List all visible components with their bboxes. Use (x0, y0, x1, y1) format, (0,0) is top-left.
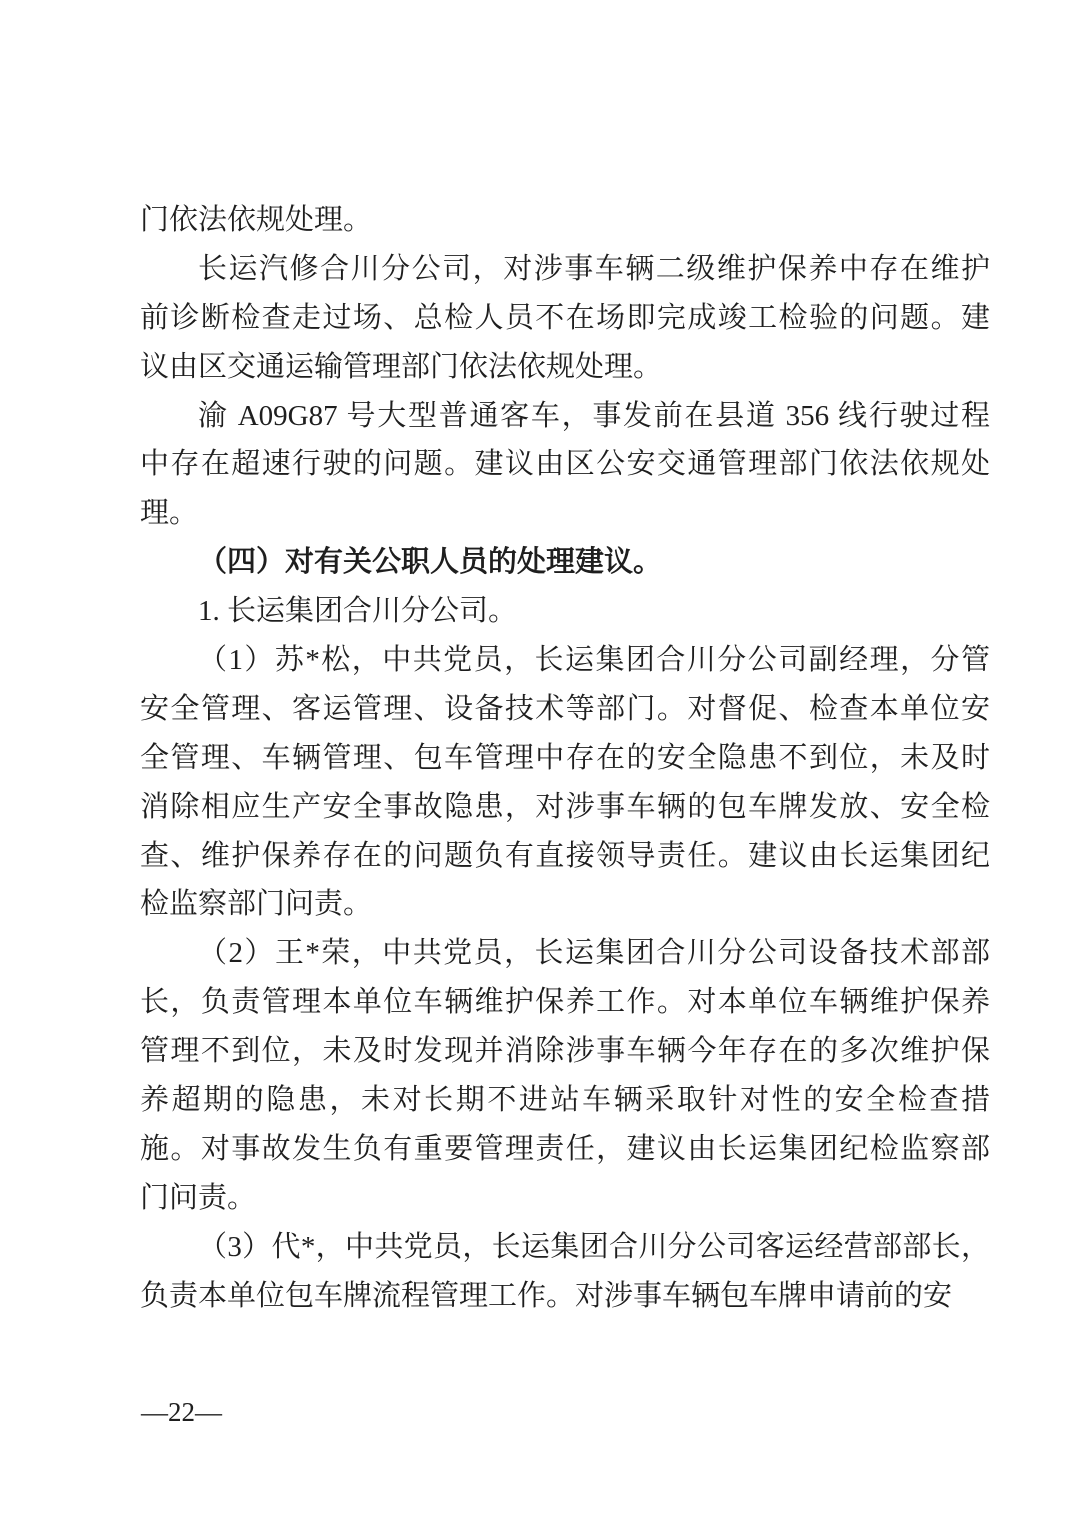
text-line: （2）王*荣，中共党员，长运集团合川分公司设备技术部部 (140, 929, 990, 978)
text-line: 渝 A09G87 号大型普通客车，事发前在县道 356 线行驶过程 (140, 392, 990, 441)
paragraph: （2）王*荣，中共党员，长运集团合川分公司设备技术部部长，负责管理本单位车辆维护… (140, 929, 990, 1222)
text-line: （四）对有关公职人员的处理建议。 (140, 538, 990, 587)
paragraph: （1）苏*松，中共党员，长运集团合川分公司副经理，分管安全管理、客运管理、设备技… (140, 636, 990, 929)
text-line: 门依法依规处理。 (140, 196, 990, 245)
paragraph: 门依法依规处理。 (140, 196, 990, 245)
paragraph: 渝 A09G87 号大型普通客车，事发前在县道 356 线行驶过程中存在超速行驶… (140, 392, 990, 539)
text-line: 施。对事故发生负有重要管理责任，建议由长运集团纪检监察部 (140, 1125, 990, 1174)
paragraph: （3）代*，中共党员，长运集团合川分公司客运经营部部长，负责本单位包车牌流程管理… (140, 1223, 990, 1321)
page-footer: —22— (141, 1396, 222, 1428)
text-line: 议由区交通运输管理部门依法依规处理。 (140, 343, 990, 392)
document-body: 门依法依规处理。长运汽修合川分公司，对涉事车辆二级维护保养中存在维护前诊断检查走… (140, 196, 990, 1320)
text-line: 理。 (140, 489, 990, 538)
text-line: 养超期的隐患，未对长期不进站车辆采取针对性的安全检查措 (140, 1076, 990, 1125)
text-line: 安全管理、客运管理、设备技术等部门。对督促、检查本单位安 (140, 685, 990, 734)
section-heading: （四）对有关公职人员的处理建议。 (140, 538, 990, 587)
text-line: 前诊断检查走过场、总检人员不在场即完成竣工检验的问题。建 (140, 294, 990, 343)
text-line: （3）代*，中共党员，长运集团合川分公司客运经营部部长， (140, 1223, 990, 1272)
text-line: 检监察部门问责。 (140, 880, 990, 929)
document-page: 门依法依规处理。长运汽修合川分公司，对涉事车辆二级维护保养中存在维护前诊断检查走… (0, 0, 1074, 1520)
text-line: 1. 长运集团合川分公司。 (140, 587, 990, 636)
paragraph: 长运汽修合川分公司，对涉事车辆二级维护保养中存在维护前诊断检查走过场、总检人员不… (140, 245, 990, 392)
text-line: 长，负责管理本单位车辆维护保养工作。对本单位车辆维护保养 (140, 978, 990, 1027)
page-number: —22— (141, 1397, 222, 1427)
text-line: 长运汽修合川分公司，对涉事车辆二级维护保养中存在维护 (140, 245, 990, 294)
text-line: 负责本单位包车牌流程管理工作。对涉事车辆包车牌申请前的安 (140, 1272, 990, 1321)
text-line: 管理不到位，未及时发现并消除涉事车辆今年存在的多次维护保 (140, 1027, 990, 1076)
text-line: （1）苏*松，中共党员，长运集团合川分公司副经理，分管 (140, 636, 990, 685)
text-line: 门问责。 (140, 1174, 990, 1223)
text-line: 消除相应生产安全事故隐患，对涉事车辆的包车牌发放、安全检 (140, 783, 990, 832)
text-line: 全管理、车辆管理、包车管理中存在的安全隐患不到位，未及时 (140, 734, 990, 783)
text-line: 查、维护保养存在的问题负有直接领导责任。建议由长运集团纪 (140, 832, 990, 881)
paragraph: 1. 长运集团合川分公司。 (140, 587, 990, 636)
text-line: 中存在超速行驶的问题。建议由区公安交通管理部门依法依规处 (140, 440, 990, 489)
